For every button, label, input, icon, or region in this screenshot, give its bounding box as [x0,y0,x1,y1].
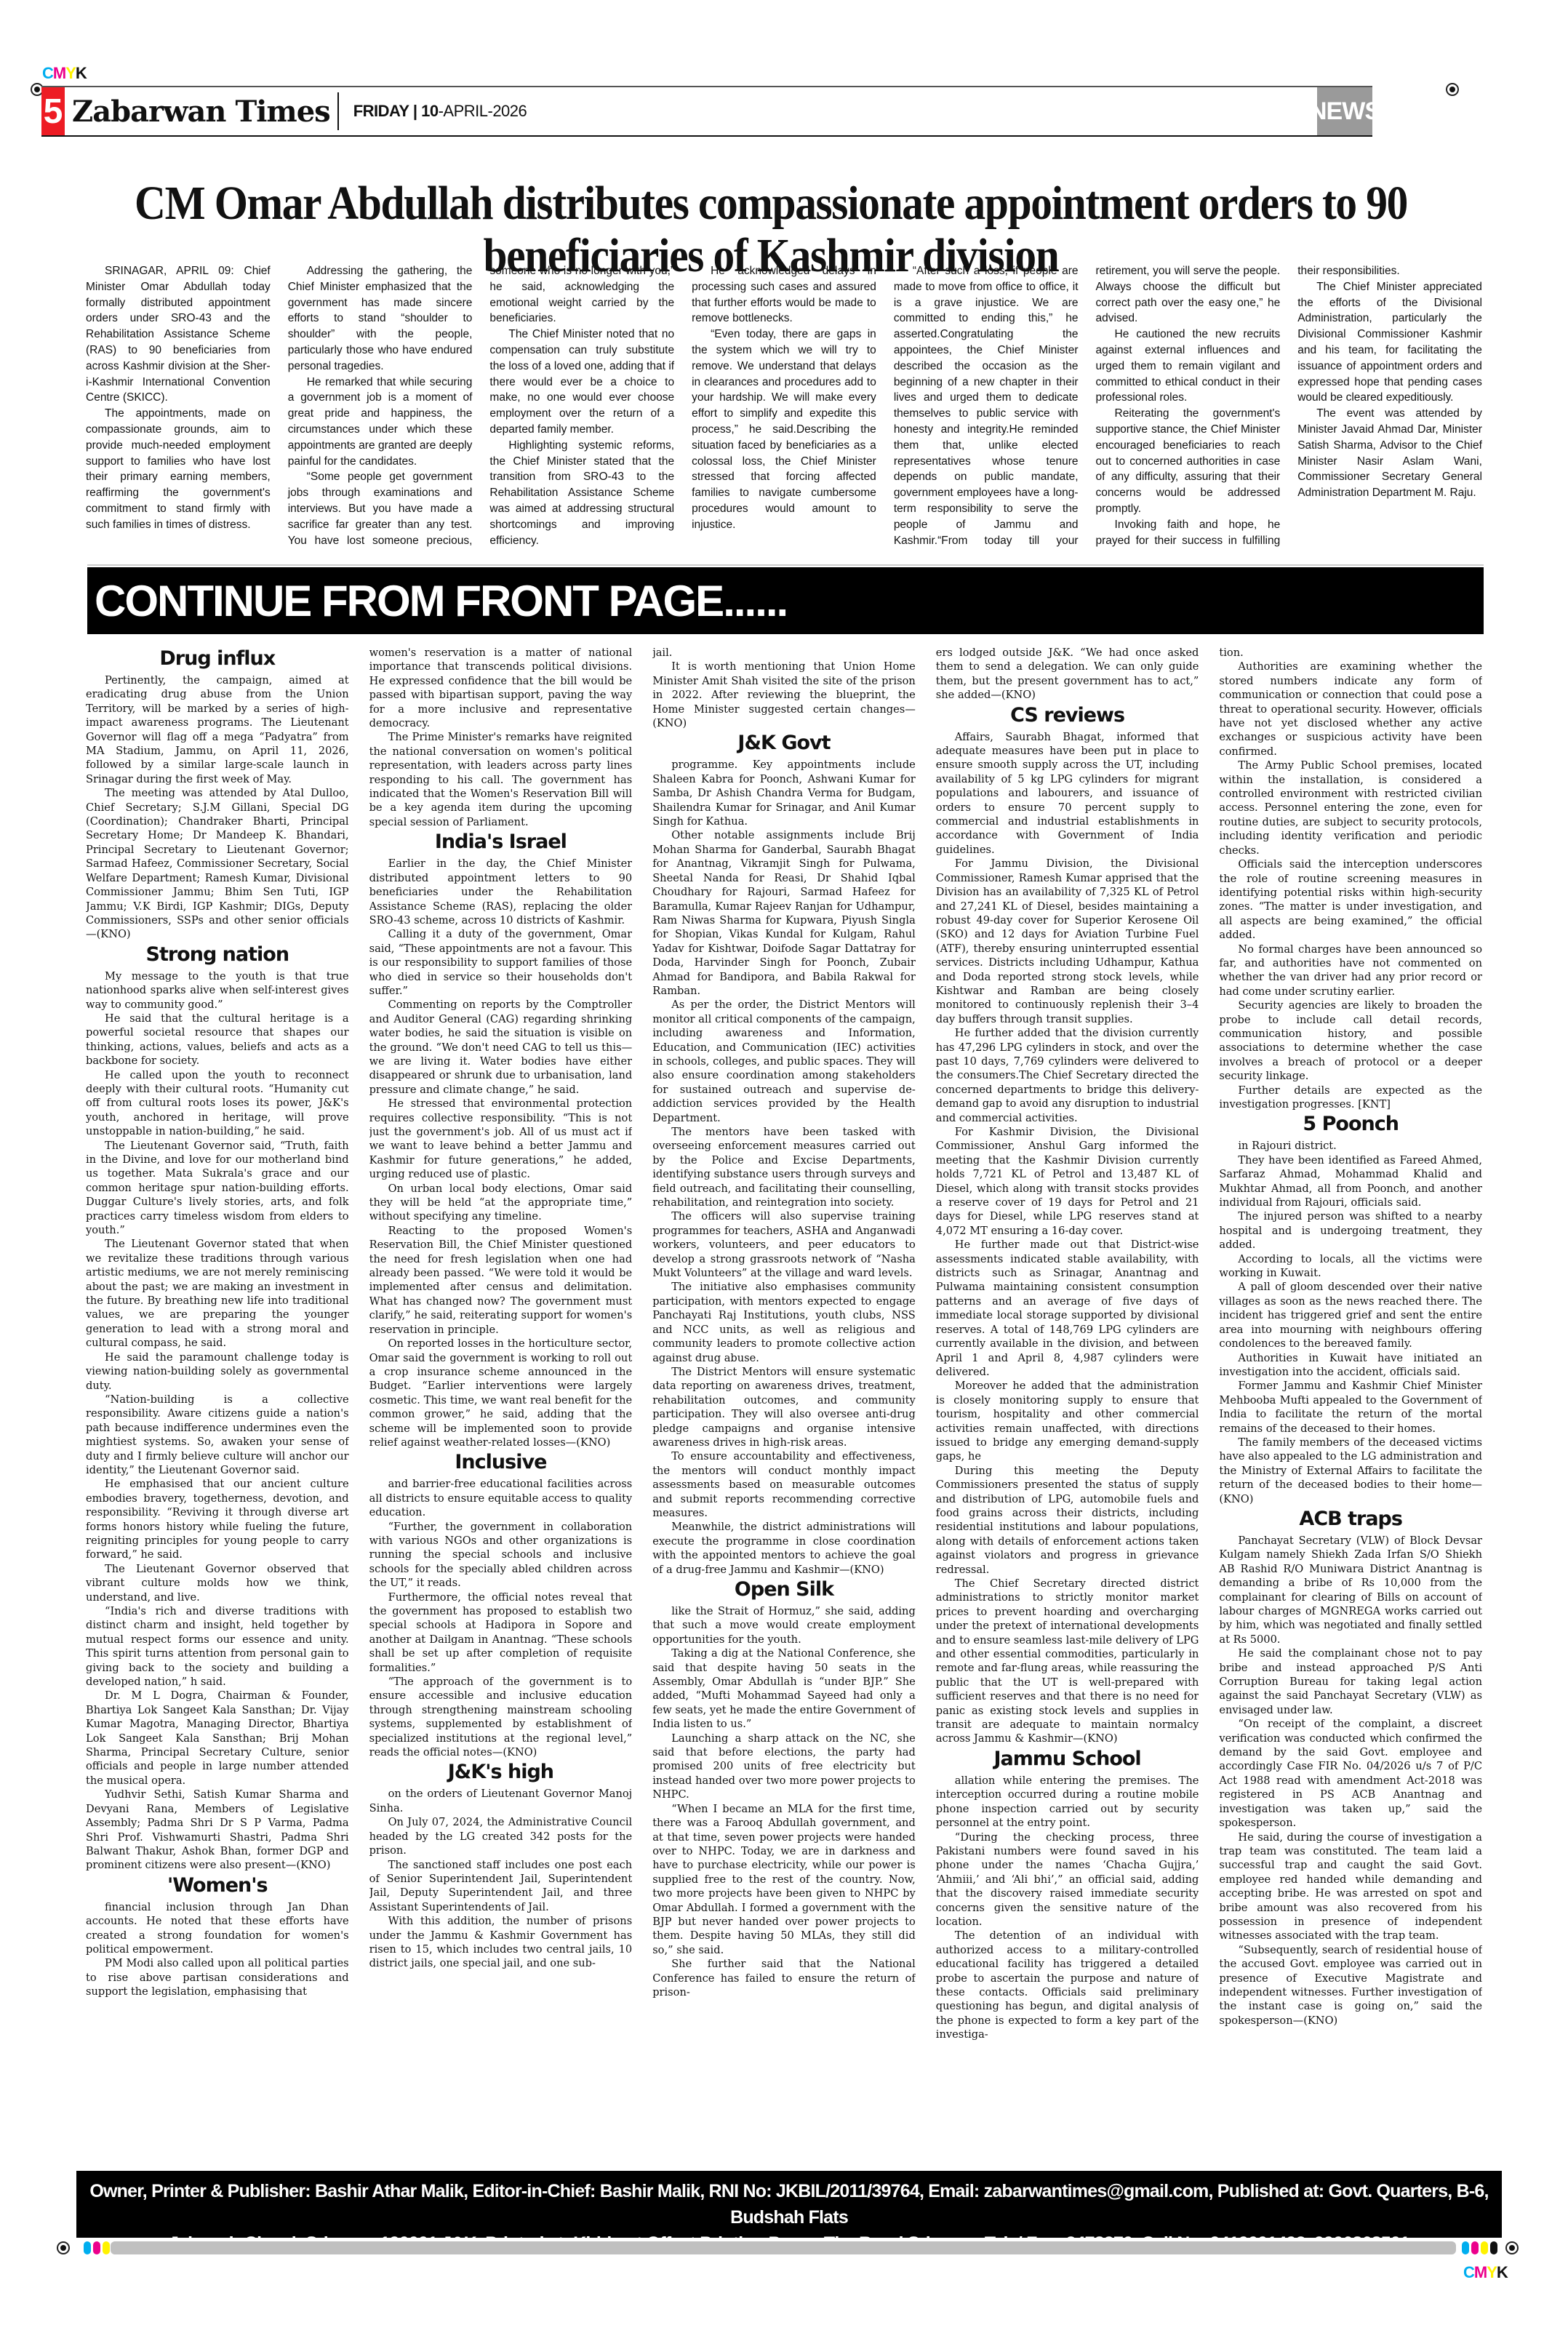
article-paragraph: jail. [652,646,916,660]
article-paragraph: He said, during the course of investigat… [1219,1830,1482,1943]
article-paragraph: According to locals, all the victims wer… [1219,1252,1482,1281]
paper-name: Zabarwan Times [72,95,330,129]
article-paragraph: The detention of an individual with auth… [936,1929,1199,2041]
article-paragraph: For Kashmir Division, the Divisional Com… [936,1125,1199,1238]
article-paragraph: “When I became an MLA for the first time… [652,1802,916,1957]
page-number: 5 [41,87,65,135]
article-paragraph: On July 07, 2024, the Administrative Cou… [369,1815,633,1857]
story-paragraph: The Chief Minister appreciated the effor… [1297,279,1482,406]
article-paragraph: Affairs, Saurabh Bhagat, informed that a… [936,730,1199,857]
article-paragraph: Other notable assignments include Brij M… [652,828,916,998]
cyan-swatch [1462,2241,1469,2254]
article-paragraph: The Lieutenant Governor said, “Truth, fa… [86,1139,349,1238]
section-heading: J&K's high [369,1761,633,1784]
section-heading: India's Israel [369,831,633,854]
story-paragraph: The appointments, made on compassionate … [86,406,271,532]
section-heading: Jammu School [936,1748,1199,1771]
imprint-footer: Owner, Printer & Publisher: Bashir Athar… [76,2171,1502,2238]
article-paragraph: He called upon the youth to reconnect de… [86,1068,349,1139]
section-heading: CS reviews [936,704,1199,727]
article-paragraph: Authorities are examining whether the st… [1219,660,1482,759]
article-paragraph: Moreover he added that the administratio… [936,1379,1199,1463]
story-paragraph: Addressing the gathering, the Chief Mini… [288,263,473,375]
story-paragraph: “Even today, there are gaps in the syste… [692,327,876,532]
article-paragraph: Yudhvir Sethi, Satish Kumar Sharma and D… [86,1788,349,1872]
section-heading: Open Silk [652,1578,916,1601]
article-paragraph: financial inclusion through Jan Dhan acc… [86,1900,349,1957]
article-paragraph: The mentors have been tasked with overse… [652,1125,916,1209]
article-paragraph: Earlier in the day, the Chief Minister d… [369,857,633,927]
article-paragraph: He said the complainant chose not to pay… [1219,1646,1482,1717]
dateline: FRIDAY | 10-APRIL-2026 [353,102,527,121]
registration-mark-icon [1446,83,1459,96]
article-paragraph: She further said that the National Confe… [652,1957,916,1999]
article-paragraph: Further details are expected as the inve… [1219,1084,1482,1112]
section-heading: J&K Govt [652,732,916,755]
article-paragraph: “India's rich and diverse traditions wit… [86,1604,349,1689]
article-paragraph: “Further, the government in collaboratio… [369,1520,633,1590]
article-paragraph: Dr. M L Dogra, Chairman & Founder, Bhart… [86,1689,349,1788]
imprint-line-1: Owner, Printer & Publisher: Bashir Athar… [76,2178,1502,2230]
continuation-banner: CONTINUE FROM FRONT PAGE...... [87,567,1484,634]
column-3: jail.It is worth mentioning that Union H… [652,646,916,2144]
article-paragraph: Former Jammu and Kashmir Chief Minister … [1219,1379,1482,1436]
story-paragraph: Reiterating the government's supportive … [1096,406,1281,517]
article-paragraph: The Army Public School premises, located… [1219,759,1482,857]
cmyk-label-bottom: CMYK [1463,2263,1508,2282]
article-paragraph: With this addition, the number of prison… [369,1914,633,1971]
article-paragraph: As per the order, the District Mentors w… [652,998,916,1125]
continuation-columns: Drug influxPertinently, the campaign, ai… [86,646,1482,2144]
column-2: women's reservation is a matter of natio… [369,646,633,2144]
article-paragraph: During this meeting the Deputy Commissio… [936,1464,1199,1577]
article-paragraph: “On receipt of the complaint, a discreet… [1219,1717,1482,1830]
yellow-swatch [1481,2241,1488,2254]
article-paragraph: On reported losses in the horticulture s… [369,1337,633,1449]
article-paragraph: “The approach of the government is to en… [369,1675,633,1759]
section-heading: 'Women's [86,1874,349,1897]
article-paragraph: Officials said the interception undersco… [1219,857,1482,942]
article-paragraph: He emphasised that our ancient culture e… [86,1477,349,1561]
magenta-swatch [93,2241,100,2254]
article-paragraph: like the Strait of Hormuz,” she said, ad… [652,1604,916,1646]
article-paragraph: It is worth mentioning that Union Home M… [652,660,916,730]
registration-mark-icon [1505,2241,1519,2254]
article-paragraph: He further added that the division curre… [936,1026,1199,1125]
article-paragraph: My message to the youth is that true nat… [86,969,349,1012]
lead-story-body: SRINAGAR, APRIL 09: Chief Minister Omar … [86,263,1482,551]
column-5: tion.Authorities are examining whether t… [1219,646,1482,2144]
article-paragraph: Pertinently, the campaign, aimed at erad… [86,673,349,786]
section-heading: Strong nation [86,943,349,967]
article-paragraph: Authorities in Kuwait have initiated an … [1219,1351,1482,1380]
story-paragraph: He remarked that while securing a govern… [288,375,473,470]
cyan-swatch [84,2241,91,2254]
cmyk-label-top: CMYK [42,64,87,83]
article-paragraph: and barrier-free educational facilities … [369,1477,633,1519]
article-paragraph: He said that the cultural heritage is a … [86,1012,349,1068]
article-paragraph: Commenting on reports by the Comptroller… [369,998,633,1097]
article-paragraph: programme. Key appointments include Shal… [652,758,916,828]
article-paragraph: Reacting to the proposed Women's Reserva… [369,1224,633,1337]
article-paragraph: Panchayat Secretary (VLW) of Block Devsa… [1219,1534,1482,1646]
article-paragraph: He stressed that environmental protectio… [369,1097,633,1181]
section-heading: Drug influx [86,647,349,671]
story-paragraph: Highlighting systemic reforms, the Chief… [489,438,674,549]
registration-mark-icon [57,2241,70,2254]
gray-bar [111,2241,1456,2254]
section-badge: NEWS [1317,87,1372,135]
column-1: Drug influxPertinently, the campaign, ai… [86,646,349,2144]
article-paragraph: A pall of gloom descended over their nat… [1219,1280,1482,1350]
article-paragraph: allation while entering the premises. Th… [936,1774,1199,1830]
date-rest: -APRIL-2026 [439,102,527,120]
article-paragraph: He said the paramount challenge today is… [86,1350,349,1393]
divider [87,564,1484,566]
section-heading: Inclusive [369,1451,633,1474]
black-swatch [1490,2241,1497,2254]
article-paragraph: Security agencies are likely to broaden … [1219,999,1482,1083]
article-paragraph: The injured person was shifted to a near… [1219,1209,1482,1252]
article-paragraph: They have been identified as Fareed Ahme… [1219,1153,1482,1210]
article-paragraph: “Subsequently, search of residential hou… [1219,1943,1482,2028]
article-paragraph: He further made out that District-wise a… [936,1238,1199,1379]
date-day: 10 [421,102,438,120]
article-paragraph: The Prime Minister's remarks have reigni… [369,730,633,829]
article-paragraph: on the orders of Lieutenant Governor Man… [369,1787,633,1815]
article-paragraph: Furthermore, the official notes reveal t… [369,1590,633,1675]
section-heading: ACB traps [1219,1508,1482,1531]
article-paragraph: “During the checking process, three Paki… [936,1830,1199,1929]
article-paragraph: ers lodged outside J&K. “We had once ask… [936,646,1199,703]
article-paragraph: The sanctioned staff includes one post e… [369,1858,633,1915]
article-paragraph: in Rajouri district. [1219,1139,1482,1153]
article-paragraph: The initiative also emphasises community… [652,1280,916,1364]
article-paragraph: Meanwhile, the district administrations … [652,1520,916,1577]
article-paragraph: No formal charges have been announced so… [1219,943,1482,999]
yellow-swatch [103,2241,110,2254]
article-paragraph: For Jammu Division, the Divisional Commi… [936,857,1199,1026]
masthead-divider [337,92,339,130]
column-4: ers lodged outside J&K. “We had once ask… [936,646,1199,2144]
day: FRIDAY [353,102,409,120]
story-paragraph: The Chief Minister noted that no compens… [489,327,674,438]
article-paragraph: tion. [1219,646,1482,660]
article-paragraph: women's reservation is a matter of natio… [369,646,633,730]
article-paragraph: The Lieutenant Governor observed that vi… [86,1562,349,1604]
article-paragraph: Taking a dig at the National Conference,… [652,1646,916,1731]
article-paragraph: Launching a sharp attack on the NC, she … [652,1732,916,1802]
article-paragraph: PM Modi also called upon all political p… [86,1956,349,1998]
story-paragraph: He cautioned the new recruits against ex… [1096,327,1281,406]
article-paragraph: “Nation-building is a collective respons… [86,1393,349,1477]
article-paragraph: The Chief Secretary directed district ad… [936,1577,1199,1746]
article-paragraph: The meeting was attended by Atal Dulloo,… [86,786,349,941]
story-paragraph: SRINAGAR, APRIL 09: Chief Minister Omar … [86,263,271,406]
story-paragraph: The event was attended by Minister Javai… [1297,406,1482,501]
article-paragraph: The District Mentors will ensure systema… [652,1365,916,1449]
article-paragraph: On urban local body elections, Omar said… [369,1182,633,1224]
masthead: 5 Zabarwan Times FRIDAY | 10-APRIL-2026 … [41,86,1372,137]
article-paragraph: The officers will also supervise trainin… [652,1209,916,1280]
section-heading: 5 Poonch [1219,1113,1482,1136]
story-paragraph: He acknowledged delays in processing suc… [692,263,876,327]
color-swatch-bar-right [1462,2241,1497,2254]
article-paragraph: Calling it a duty of the government, Oma… [369,927,633,998]
date-separator: | [413,102,417,120]
article-paragraph: The family members of the deceased victi… [1219,1436,1482,1506]
article-paragraph: To ensure accountability and effectivene… [652,1449,916,1520]
article-paragraph: The Lieutenant Governor stated that when… [86,1237,349,1350]
magenta-swatch [1471,2241,1479,2254]
